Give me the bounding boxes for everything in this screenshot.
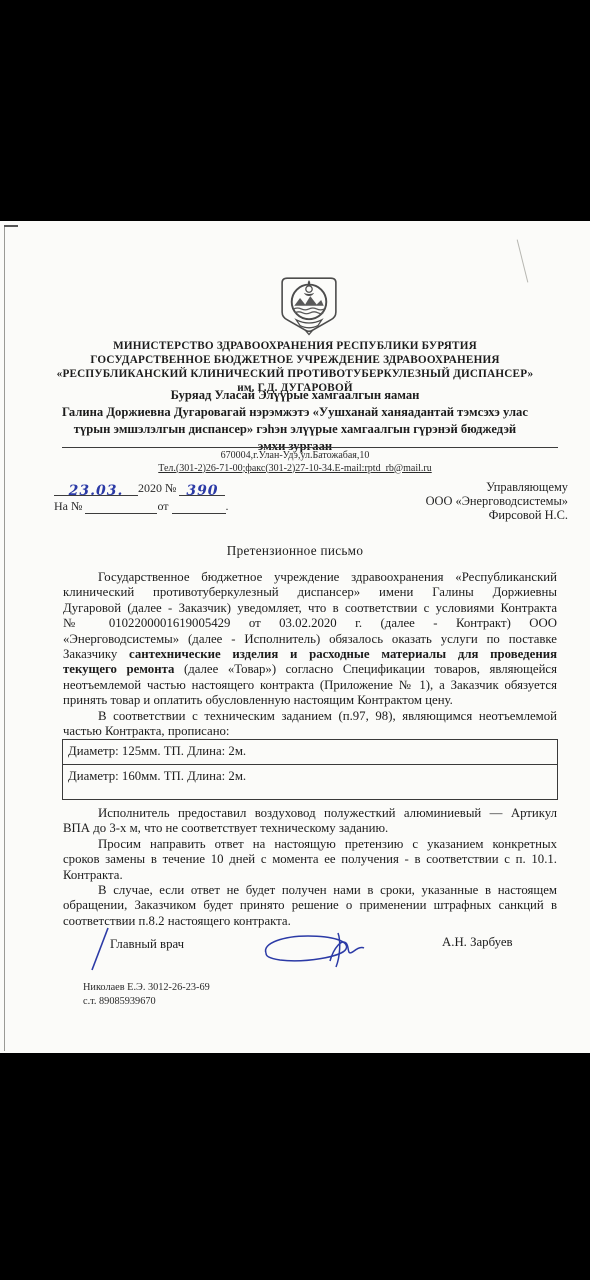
date-handwritten: 23.03. bbox=[54, 483, 138, 496]
org-address: 670004,г.Улан-Удэ,ул.Батожабая,10 Тел.(3… bbox=[48, 450, 542, 475]
body-line: частью Контракта, прописано: bbox=[63, 724, 557, 739]
ref-tail: . bbox=[226, 499, 229, 513]
pen-slash-mark bbox=[86, 926, 112, 972]
org-line: МИНИСТЕРСТВО ЗДРАВООХРАНЕНИЯ РЕСПУБЛИКИ … bbox=[48, 339, 542, 353]
letterbox-top bbox=[0, 0, 590, 221]
ot-label: от bbox=[157, 499, 168, 513]
signer-position-label: Главный врач bbox=[110, 937, 184, 952]
body-line: Исполнитель предоставил воздуховод полуж… bbox=[63, 806, 557, 821]
spec-table: Диаметр: 125мм. ТП. Длина: 2м.Диаметр: 1… bbox=[62, 739, 558, 800]
org-name-buryat: Буряад Уласай Элүүрые хамгаалгын яаманГа… bbox=[48, 387, 542, 455]
executor-line: Николаев Е.Э. 3012-26-23-69 bbox=[83, 981, 210, 995]
recipient-block: УправляющемуООО «Энерговодсистемы»Фирсов… bbox=[426, 480, 568, 522]
document-page: МИНИСТЕРСТВО ЗДРАВООХРАНЕНИЯ РЕСПУБЛИКИ … bbox=[0, 221, 590, 1053]
ot-blank bbox=[172, 501, 226, 514]
scan-corner-tick bbox=[4, 225, 18, 227]
org-line: ГОСУДАРСТВЕННОЕ БЮДЖЕТНОЕ УЧРЕЖДЕНИЕ ЗДР… bbox=[48, 353, 542, 367]
body-line: «Энерговодсистемы» (далее - Исполнитель)… bbox=[63, 632, 557, 647]
body-line: № 0102200001619005429 от 03.02.2020 г. (… bbox=[63, 616, 557, 631]
buryatia-emblem-icon bbox=[277, 274, 341, 340]
table-row: Диаметр: 125мм. ТП. Длина: 2м. bbox=[63, 740, 557, 765]
body-line: сроков замены в течение 10 дней с момент… bbox=[63, 852, 557, 867]
body-line: Государственное бюджетное учреждение здр… bbox=[63, 570, 557, 585]
body-line: В соответствии с техническим заданием (п… bbox=[63, 709, 557, 724]
screenshot-root: { "colors": { "background": "#000000", "… bbox=[0, 0, 590, 1280]
signature-row: Главный врач А.Н. Зарбуев bbox=[0, 926, 590, 976]
signer-name: А.Н. Зарбуев bbox=[442, 935, 513, 950]
outgoing-number-line: 23.03.2020 № 390 bbox=[54, 481, 229, 496]
number-handwritten: 390 bbox=[179, 483, 225, 496]
body-line: В случае, если ответ не будет получен на… bbox=[63, 883, 557, 898]
letter-body-part1: Государственное бюджетное учреждение здр… bbox=[63, 570, 557, 739]
recipient-line: ООО «Энерговодсистемы» bbox=[426, 494, 568, 508]
letter-body-part2: Исполнитель предоставил воздуховод полуж… bbox=[63, 806, 557, 929]
scan-diagonal-artifact bbox=[517, 240, 529, 283]
body-line: Просим направить ответ на настоящую прет… bbox=[63, 837, 557, 852]
reference-block: 23.03.2020 № 390 На № от . bbox=[54, 481, 229, 514]
table-row: Диаметр: 160мм. ТП. Длина: 2м. bbox=[63, 765, 557, 799]
na-label: На № bbox=[54, 499, 82, 513]
org-line-buryat: Буряад Уласай Элүүрые хамгаалгын яаман bbox=[48, 387, 542, 404]
body-line: Дугаровой (далее - Заказчик) уведомляет,… bbox=[63, 601, 557, 616]
body-line: Контракта. bbox=[63, 868, 557, 883]
letter-title: Претензионное письмо bbox=[48, 543, 542, 559]
org-line: «РЕСПУБЛИКАНСКИЙ КЛИНИЧЕСКИЙ ПРОТИВОТУБЕ… bbox=[48, 367, 542, 381]
letterhead-separator bbox=[62, 447, 558, 448]
org-line-buryat: Галина Доржиевна Дугаровагай нэрэмжэтэ «… bbox=[48, 404, 542, 421]
letterbox-bottom bbox=[0, 1053, 590, 1280]
org-line-buryat: түрын эмшэлэлгын диспансер» гэһэн элүүры… bbox=[48, 421, 542, 438]
body-line: Заказчику сантехнические изделия и расхо… bbox=[63, 647, 557, 662]
recipient-line: Управляющему bbox=[426, 480, 568, 494]
body-line: обращении, Заказчиком будет принято реше… bbox=[63, 898, 557, 913]
body-line: клинический противотуберкулезный диспанс… bbox=[63, 585, 557, 600]
year-number-label: 2020 № bbox=[138, 481, 176, 495]
body-line: неотъемлемой частью настоящего контракта… bbox=[63, 678, 557, 693]
body-line: текущего ремонта (далее «Товар») согласн… bbox=[63, 662, 557, 677]
address-contacts-line: Тел.(301-2)26-71-00;факс(301-2)27-10-34.… bbox=[48, 463, 542, 476]
recipient-line: Фирсовой Н.С. bbox=[426, 508, 568, 522]
incoming-number-line: На № от . bbox=[54, 499, 229, 514]
executor-contact: Николаев Е.Э. 3012-26-23-69 с.т. 8908593… bbox=[83, 981, 210, 1008]
na-blank bbox=[85, 501, 157, 514]
body-line: принять товар и оплатить обусловленную н… bbox=[63, 693, 557, 708]
executor-phone: с.т. 89085939670 bbox=[83, 995, 210, 1009]
address-line: 670004,г.Улан-Удэ,ул.Батожабая,10 bbox=[48, 450, 542, 463]
body-line: ВПА до 3-х м, что не соответствует техни… bbox=[63, 821, 557, 836]
signature-stroke bbox=[258, 927, 368, 973]
